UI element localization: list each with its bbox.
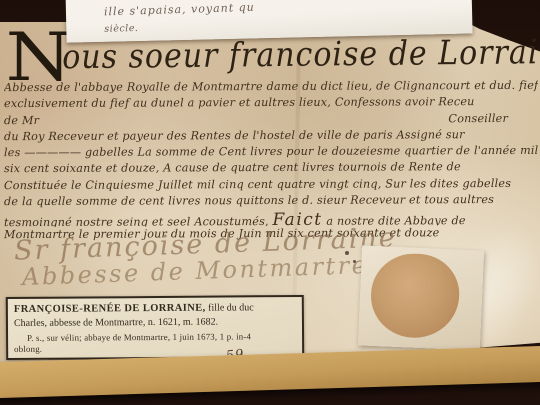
- manuscript-line: tesmoingné nostre seing et seel Acoustum…: [4, 209, 538, 228]
- label-name-suffix: fille du duc: [206, 302, 254, 313]
- photo-of-manuscript: + N ous soeur francoise de Lorraine Abbe…: [0, 0, 540, 405]
- seal-paper: [358, 245, 484, 350]
- manuscript-line: six cent soixante et douze, A cause de q…: [4, 160, 538, 179]
- note-handwriting-line: siècle.: [104, 23, 138, 35]
- label-line: oblong.: [14, 342, 296, 355]
- wax-seal: [369, 252, 461, 340]
- manuscript-line-left: de Mr: [4, 114, 39, 130]
- manuscript-body: Abbesse de l'abbaye Royalle de Montmartr…: [4, 80, 538, 243]
- manuscript-line-right: Conseiller: [448, 112, 508, 129]
- manuscript-line-segment: tesmoingné nostre seing et seel Acoustum…: [4, 215, 269, 227]
- manuscript-line: exclusivement du fief au dunel a pavier …: [4, 95, 538, 114]
- label-name: FRANÇOISE-RENÉE DE LORRAINE,: [14, 303, 206, 315]
- note-handwriting-line: ille s'apaisa, voyant qu: [104, 1, 255, 19]
- catalog-label: FRANÇOISE-RENÉE DE LORRAINE, fille du du…: [6, 295, 304, 361]
- label-line: Charles, abbesse de Montmartre, n. 1621,…: [14, 315, 296, 330]
- label-title-line: FRANÇOISE-RENÉE DE LORRAINE, fille du du…: [14, 301, 296, 317]
